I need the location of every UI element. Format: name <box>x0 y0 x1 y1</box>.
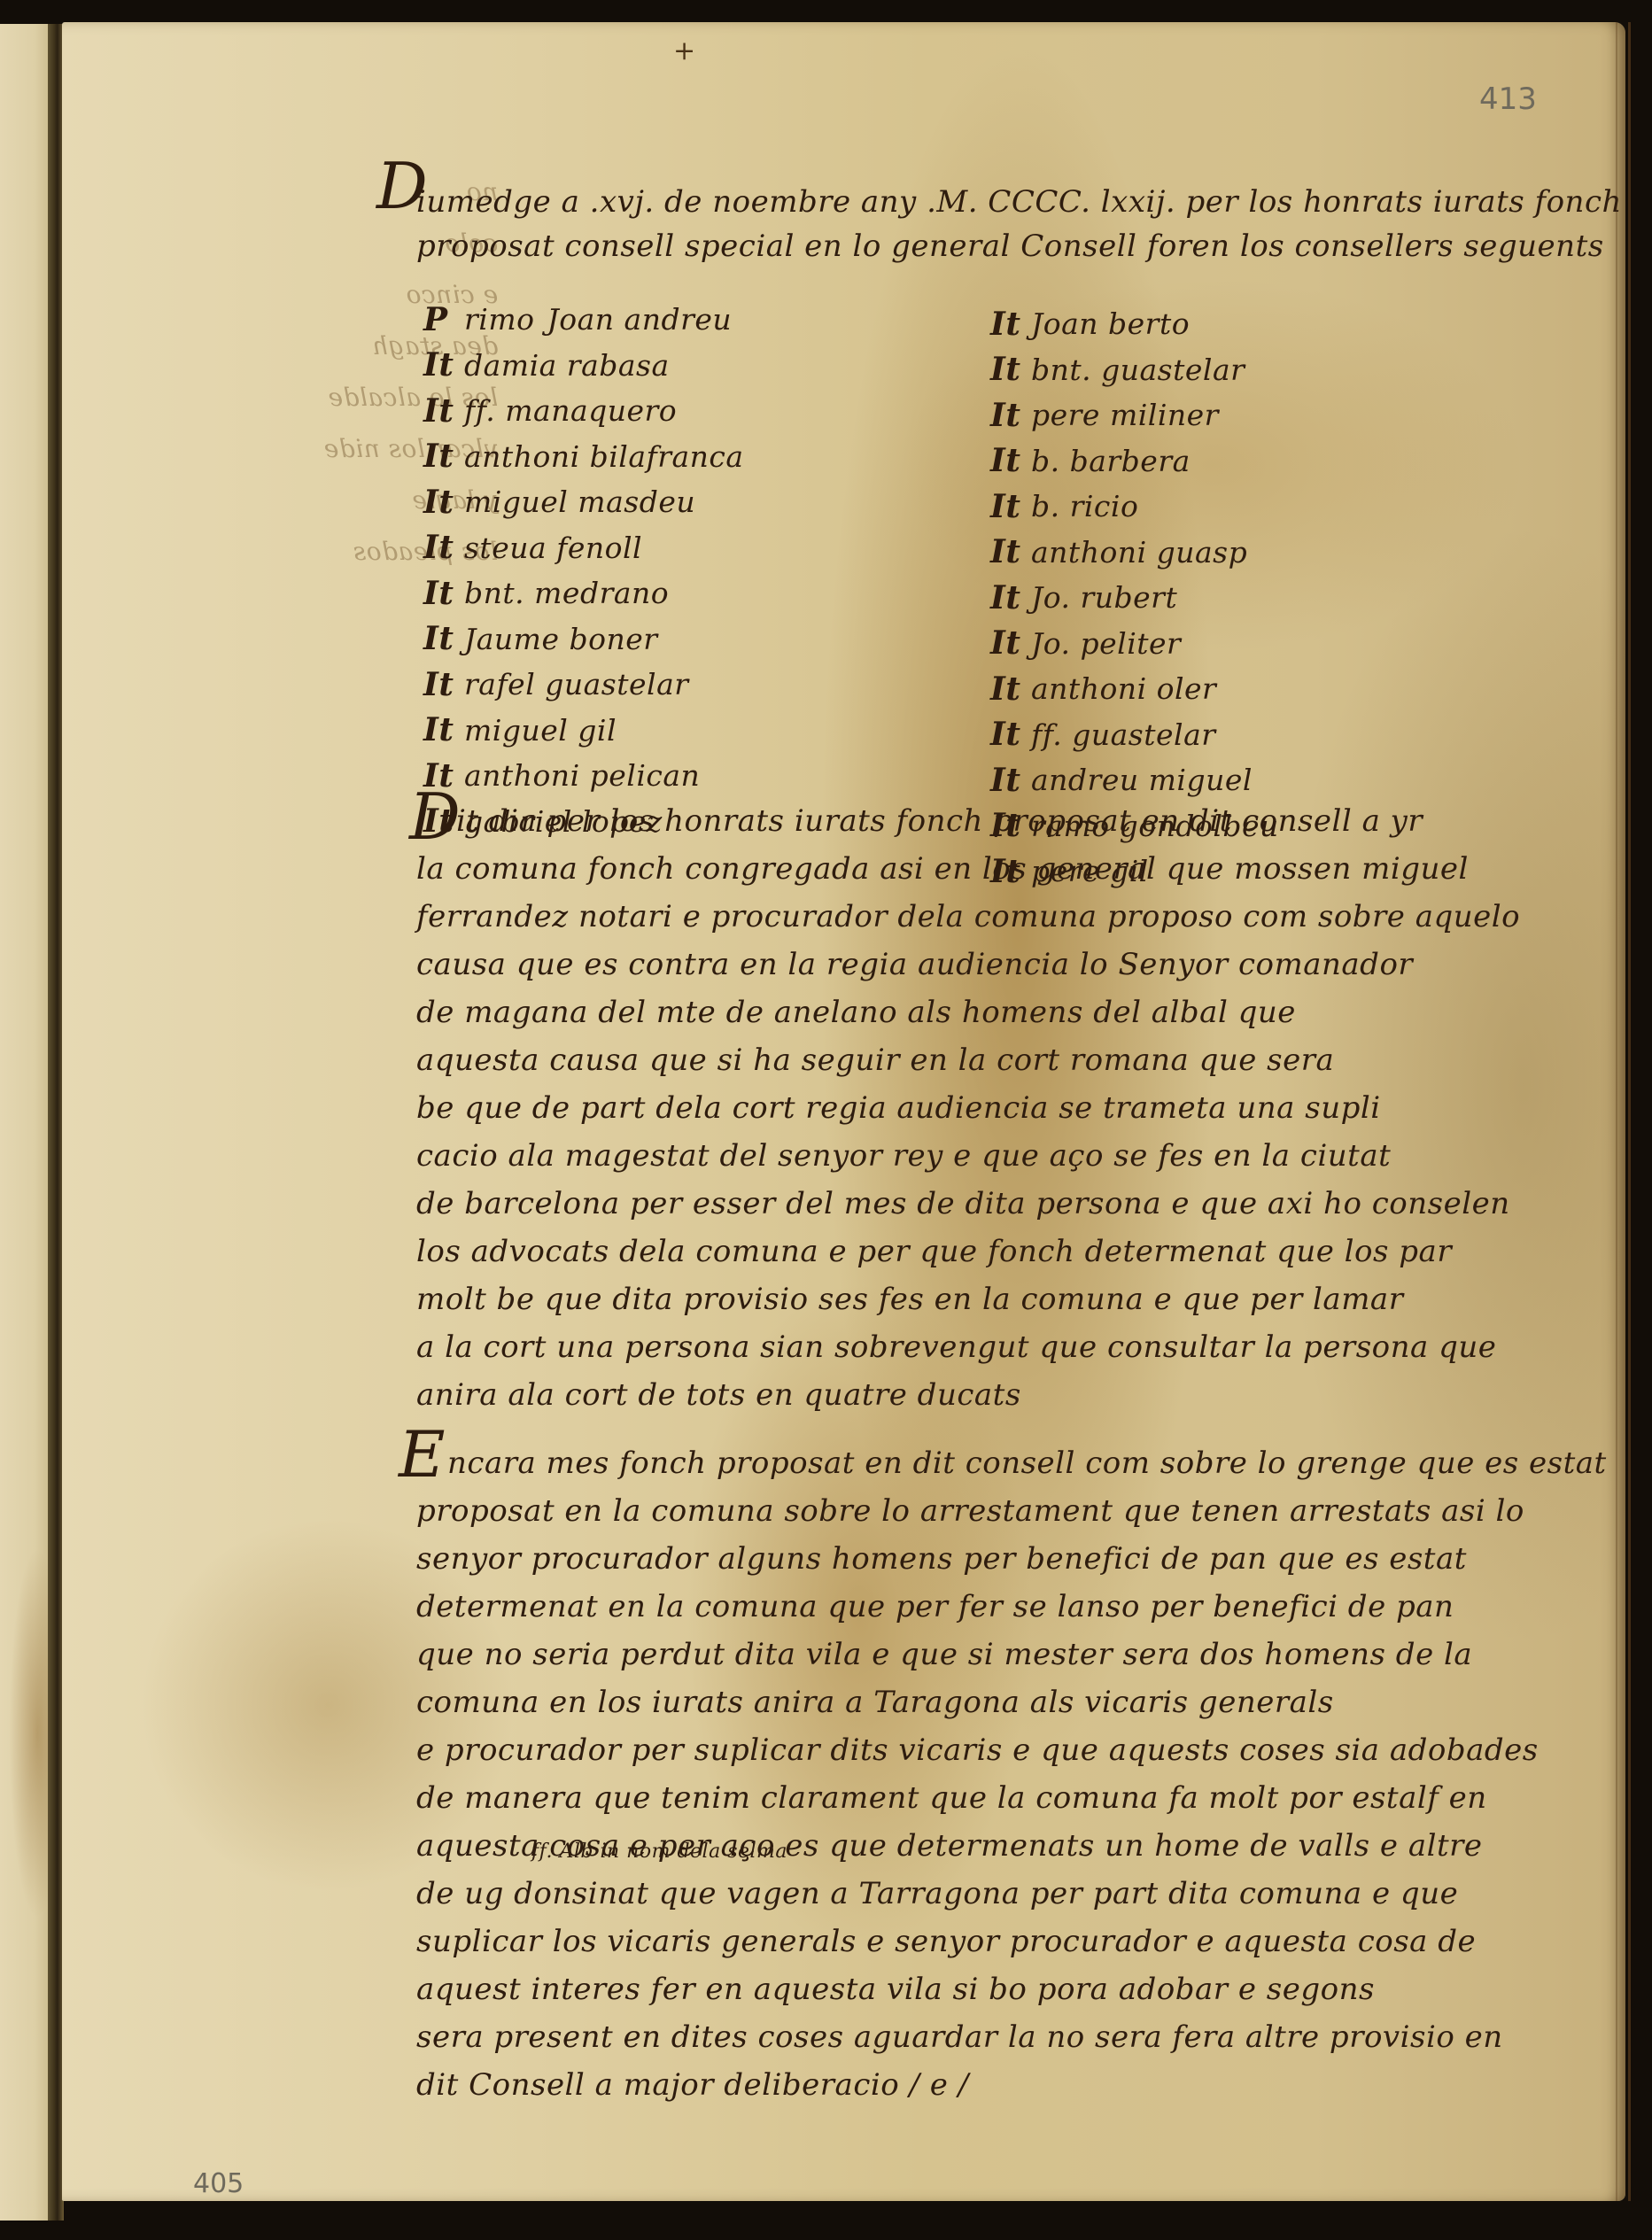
name-entry: Itb. barbera <box>990 438 1279 484</box>
name-entry: Itdamia rabasa <box>423 343 744 389</box>
name-entry: Itpere miliner <box>990 392 1279 438</box>
name-entry: Itanthoni oler <box>990 666 1279 712</box>
text-line: los advocats dela comuna e per que fonch… <box>416 1228 1520 1275</box>
text-line: proposat en la comuna sobre lo arrestame… <box>416 1487 1607 1535</box>
text-line: sera present en dites coses aguardar la … <box>416 2013 1607 2061</box>
name-entry: Itbnt. medrano <box>423 570 744 616</box>
folio-fore-edge <box>1616 22 1631 2201</box>
text-line: it dia per los honrats iurats fonch prop… <box>416 797 1520 845</box>
top-cross-mark: + <box>673 35 696 66</box>
text-line: e procurador per suplicar dits vicaris e… <box>416 1726 1607 1774</box>
facing-page-strip <box>0 24 50 2221</box>
text-line: causa que es contra en la regia audienci… <box>416 941 1520 988</box>
text-line: anira ala cort de tots en quatre ducats <box>416 1371 1520 1419</box>
paragraph-grain-matter: ncara mes fonch proposat en dit consell … <box>416 1439 1607 2109</box>
text-line: aquest interes fer en aquesta vila si bo… <box>416 1965 1607 2013</box>
interlinear-note: ff. Alb in nom dela selma <box>531 1841 787 1863</box>
name-entry: Itbnt. guastelar <box>990 347 1279 393</box>
old-folio-number: 405 <box>193 2168 244 2199</box>
text-line: be que de part dela cort regia audiencia… <box>416 1084 1520 1132</box>
text-line: comuna en los iurats anira a Taragona al… <box>416 1678 1607 1726</box>
name-entry: Itb. ricio <box>990 484 1279 530</box>
text-line: de ug donsinat que vagen a Tarragona per… <box>416 1870 1607 1918</box>
name-entry: ItJo. rubert <box>990 575 1279 621</box>
name-entry: PrimoJoan andreu <box>423 297 744 343</box>
text-line: suplicar los vicaris generals e senyor p… <box>416 1918 1607 1965</box>
name-entry: Itmiguel masdeu <box>423 479 744 525</box>
text-line: determenat en la comuna que per fer se l… <box>416 1583 1607 1631</box>
text-line: aquesta causa que si ha seguir en la cor… <box>416 1036 1520 1084</box>
name-entry: Itmiguel gil <box>423 708 744 754</box>
header-line: iumedge a .xvj. de noembre any .M. CCCC.… <box>416 184 1622 220</box>
name-entry: Itanthoni bilafranca <box>423 434 744 480</box>
header-line: proposat consell special en lo general C… <box>416 229 1604 264</box>
name-entry: Itff. guastelar <box>990 712 1279 758</box>
text-line: a la cort una persona sian sobrevengut q… <box>416 1323 1520 1371</box>
names-left-column: PrimoJoan andreu Itdamia rabasa Itff. ma… <box>423 297 744 844</box>
text-line: la comuna fonch congregada asi en los ge… <box>416 845 1520 893</box>
folio-number: 413 <box>1479 81 1537 117</box>
text-line: ferrandez notari e procurador dela comun… <box>416 893 1520 941</box>
water-stain <box>9 1547 50 1919</box>
name-entry: Itanthoni guasp <box>990 530 1279 576</box>
text-line: cacio ala magestat del senyor rey e que … <box>416 1132 1520 1180</box>
name-entry: Itanthoni pelican <box>423 753 744 799</box>
name-entry: ItJoan berto <box>990 301 1279 347</box>
text-line: senyor procurador alguns homens per bene… <box>416 1535 1607 1583</box>
name-entry: Itandreu miguel <box>990 757 1279 803</box>
name-entry: Itrafel guastelar <box>423 662 744 708</box>
paragraph-council-resolution: it dia per los honrats iurats fonch prop… <box>416 797 1520 1419</box>
name-entry: ItJo. peliter <box>990 621 1279 667</box>
text-line: dit Consell a major deliberacio / e / <box>416 2061 1607 2109</box>
text-line: de manera que tenim clarament que la com… <box>416 1774 1607 1822</box>
text-line: molt be que dita provisio ses fes en la … <box>416 1275 1520 1323</box>
name-entry: Itsteua fenoll <box>423 525 744 571</box>
text-line: ncara mes fonch proposat en dit consell … <box>416 1439 1607 1487</box>
name-entry: ItJaume boner <box>423 616 744 663</box>
text-line: de magana del mte de anelano als homens … <box>416 988 1520 1036</box>
name-entry: Itff. manaquero <box>423 388 744 434</box>
text-line: de barcelona per esser del mes de dita p… <box>416 1180 1520 1228</box>
text-line: que no seria perdut dita vila e que si m… <box>416 1631 1607 1678</box>
